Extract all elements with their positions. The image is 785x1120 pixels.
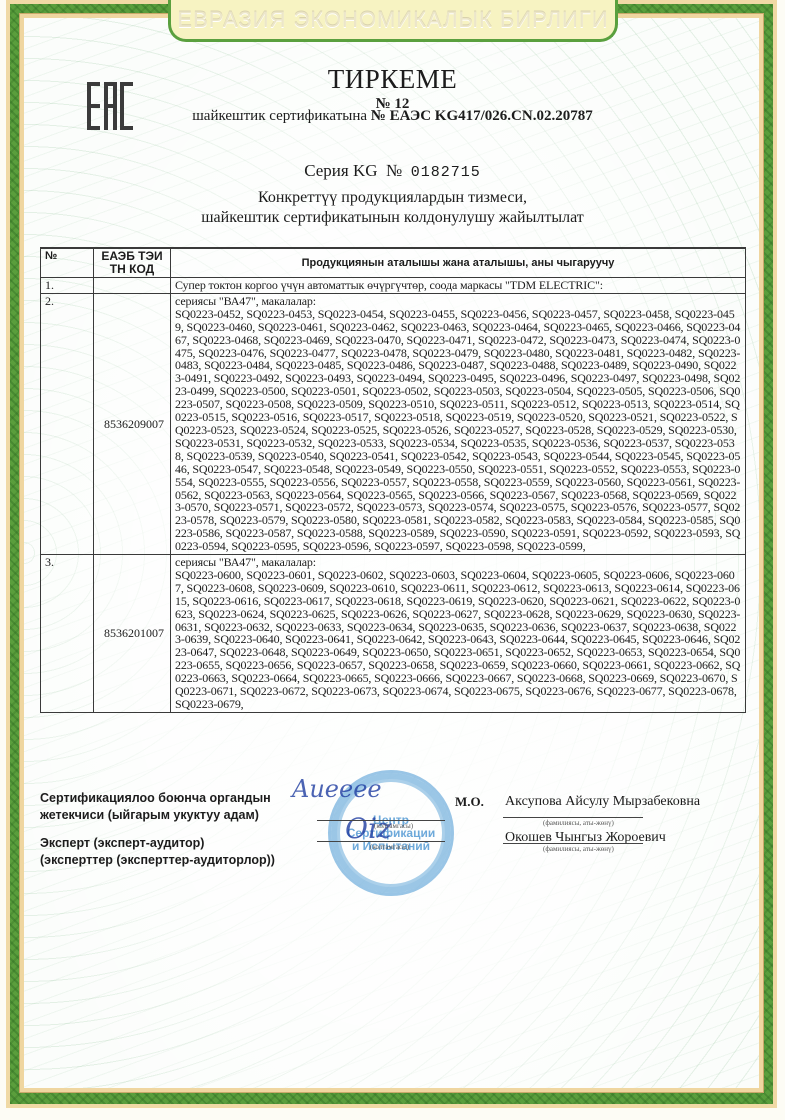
row-number: 1. [41,278,94,294]
expert-name-line [503,843,643,844]
table-row: 2. 8536209007 сериясы "ВА47", макалалар:… [41,293,746,554]
table-row: 3. 8536201007 сериясы "ВА47", макалалар:… [41,555,746,713]
subtitle-line-1: Конкреттүү продукциялардын тизмеси, [0,188,785,208]
column-header-description: Продукциянын аталышы жана аталышы, аны ч… [171,248,746,278]
head-label-line-1: Сертификациялоо боюнча органдын [40,790,271,807]
series-number: 0182715 [411,164,481,181]
table-row: 1. Супер токтон коргоо үчүн автоматтык ө… [41,278,746,294]
column-header-code: ЕАЭБ ТЭИ ТН КОД [94,248,171,278]
cert-number: № ЕАЭС KG417/026.CN.02.20787 [371,108,593,124]
cert-prefix: шайкештик сертификатына [192,108,367,124]
series-label: Серия KG [304,161,377,180]
seal-placeholder: М.О. [455,794,484,810]
head-signature: Aиееee [292,775,382,803]
expert-label: Эксперт (эксперт-аудитор) (эксперттер (э… [40,835,275,869]
series-no-sign: № [386,161,402,180]
head-name-line [503,817,643,818]
row-models: SQ0223-0600, SQ0223-0601, SQ0223-0602, S… [175,569,741,711]
head-of-body-label: Сертификациялоо боюнча органдын жетекчис… [40,790,271,824]
row-number: 3. [41,555,94,713]
row-series: сериясы "ВА47", макалалар: [175,556,741,569]
certificate-content: ТИРКЕМЕ № 12 шайкештик сертификатына № Е… [0,0,785,1120]
table-header-row: № ЕАЭБ ТЭИ ТН КОД Продукциянын аталышы ж… [41,248,746,278]
row-description: сериясы "ВА47", макалалар: SQ0223-0452, … [171,293,746,554]
expert-name-caption: (фамилиясы, аты-жөнү) [543,845,614,853]
head-name: Аксупова Айсулу Мырзабековна [505,794,700,810]
head-name-caption: (фамилиясы, аты-жөнү) [543,819,614,827]
banner-title: ЕВРАЗИЯ ЭКОНОМИКАЛЫК БИРЛИГИ [177,7,608,33]
products-table: № ЕАЭБ ТЭИ ТН КОД Продукциянын аталышы ж… [40,247,746,713]
certificate-reference: шайкештик сертификатына № ЕАЭС KG417/026… [0,108,785,125]
expert-signature-caption: (колтамгасы) [370,843,409,851]
expert-label-line-2: (эксперттер (эксперттер-аудиторлор)) [40,852,275,869]
head-signature-line [317,820,445,821]
union-banner: ЕВРАЗИЯ ЭКОНОМИКАЛЫК БИРЛИГИ [168,0,618,42]
row-code: 8536201007 [94,555,171,713]
document-title: ТИРКЕМЕ [0,64,785,95]
subtitle-line-2: шайкештик сертификатынын колдонулушу жай… [0,208,785,228]
row-code: 8536209007 [94,293,171,554]
row-number: 2. [41,293,94,554]
head-label-line-2: жетекчиси (ыйгарым укуктуу адам) [40,807,271,824]
row-models: SQ0223-0452, SQ0223-0453, SQ0223-0454, S… [175,308,741,553]
row-series: сериясы "ВА47", макалалар: [175,295,741,308]
row-code [94,278,171,294]
row-description: Супер токтон коргоо үчүн автоматтык өчүр… [171,278,746,294]
series-line: Серия KG № 0182715 [0,161,785,181]
expert-label-line-1: Эксперт (эксперт-аудитор) [40,835,275,852]
column-header-number: № [41,248,94,278]
row-description: сериясы "ВА47", макалалар: SQ0223-0600, … [171,555,746,713]
document-subtitle: Конкреттүү продукциялардын тизмеси, шайк… [0,188,785,228]
head-signature-caption: (колтамгасы) [374,822,413,830]
expert-signature-line [317,841,445,842]
